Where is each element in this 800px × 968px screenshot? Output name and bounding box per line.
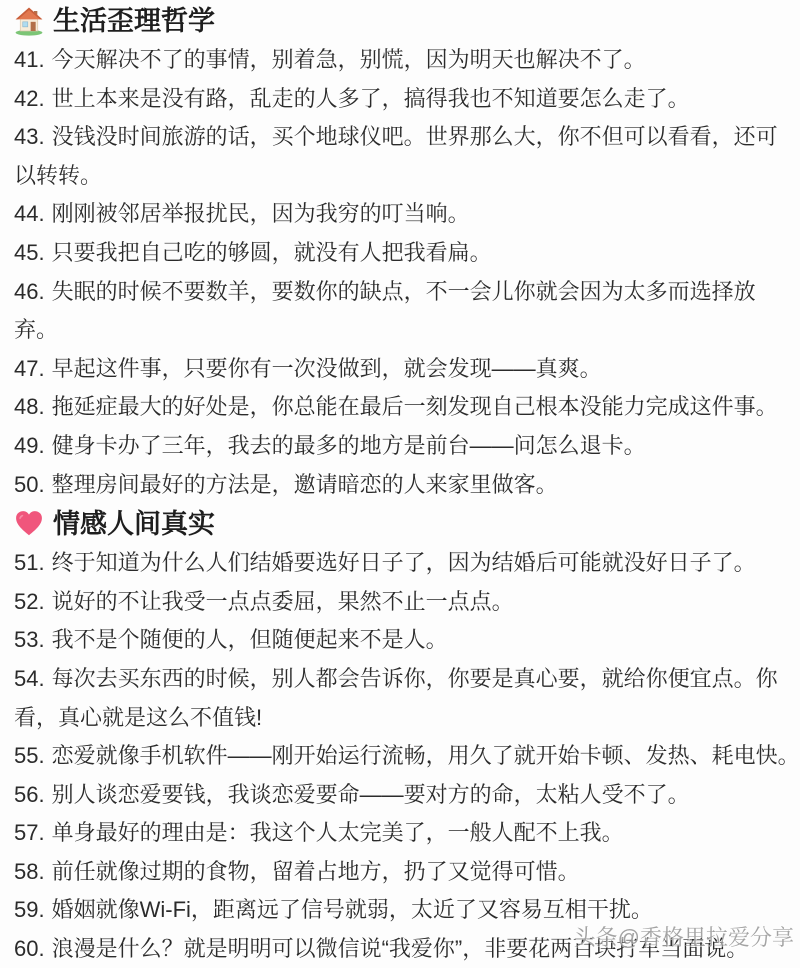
item-number: 44. (14, 201, 45, 226)
item-number: 47. (14, 356, 45, 381)
list-item: 56.别人谈恋爱要钱，我谈恋爱要命——要对方的命，太粘人受不了。 (14, 776, 794, 815)
item-number: 55. (14, 743, 45, 768)
item-number: 51. (14, 550, 45, 575)
item-text-line: 婚姻就像Wi-Fi，距离远了信号就弱，太近了又容易互相干扰。 (52, 897, 653, 922)
item-number: 52. (14, 589, 45, 614)
item-text-line: 刚刚被邻居举报扰民，因为我穷的叮当响。 (52, 201, 470, 226)
item-number: 59. (14, 897, 45, 922)
item-text-line: 说好的不让我受一点点委屈，果然不止一点点。 (52, 589, 514, 614)
quotes-list: 生活歪理哲学41.今天解决不了的事情，别着急，别慌，因为明天也解决不了。42.世… (14, 1, 794, 968)
list-item: 51.终于知道为什么人们结婚要选好日子了，因为结婚后可能就没好日子了。 (14, 544, 794, 583)
section-title: 生活歪理哲学 (53, 1, 215, 41)
item-text-line: 终于知道为什么人们结婚要选好日子了，因为结婚后可能就没好日子了。 (52, 550, 756, 575)
item-number: 42. (14, 86, 45, 111)
item-text-line: 拖延症最大的好处是，你总能在最后一刻发现自己根本没能力完成这件事。 (52, 394, 778, 419)
item-text-line: 健身卡办了三年，我去的最多的地方是前台——问怎么退卡。 (52, 433, 646, 458)
quotes-page: 生活歪理哲学41.今天解决不了的事情，别着急，别慌，因为明天也解决不了。42.世… (0, 0, 800, 968)
item-number: 57. (14, 820, 45, 845)
list-item: 50.整理房间最好的方法是，邀请暗恋的人来家里做客。 (14, 466, 794, 505)
item-text-line: 看，真心就是这么不值钱! (14, 699, 794, 738)
item-number: 60. (14, 936, 45, 961)
item-number: 49. (14, 433, 45, 458)
list-item: 52.说好的不让我受一点点委屈，果然不止一点点。 (14, 583, 794, 622)
section-header: 生活歪理哲学 (14, 1, 794, 41)
item-text-line: 以转转。 (14, 157, 794, 196)
item-text-line: 早起这件事，只要你有一次没做到，就会发现——真爽。 (52, 356, 602, 381)
list-item: 57.单身最好的理由是：我这个人太完美了，一般人配不上我。 (14, 814, 794, 853)
list-item: 44.刚刚被邻居举报扰民，因为我穷的叮当响。 (14, 195, 794, 234)
item-text-line: 恋爱就像手机软件——刚开始运行流畅，用久了就开始卡顿、发热、耗电快。 (52, 743, 800, 768)
item-number: 56. (14, 782, 45, 807)
pink-heart-icon (14, 509, 44, 539)
list-item: 55.恋爱就像手机软件——刚开始运行流畅，用久了就开始卡顿、发热、耗电快。 (14, 737, 794, 776)
item-number: 41. (14, 47, 45, 72)
list-item: 45.只要我把自己吃的够圆，就没有人把我看扁。 (14, 234, 794, 273)
item-text-line: 失眠的时候不要数羊，要数你的缺点，不一会儿你就会因为太多而选择放 (52, 279, 756, 304)
list-item: 47.早起这件事，只要你有一次没做到，就会发现——真爽。 (14, 350, 794, 389)
item-number: 46. (14, 279, 45, 304)
item-text-line: 没钱没时间旅游的话，买个地球仪吧。世界那么大，你不但可以看看，还可 (52, 124, 778, 149)
list-item: 54.每次去买东西的时候，别人都会告诉你，你要是真心要，就给你便宜点。你看，真心… (14, 660, 794, 737)
item-number: 54. (14, 666, 45, 691)
list-item: 46.失眠的时候不要数羊，要数你的缺点，不一会儿你就会因为太多而选择放弃。 (14, 273, 794, 350)
house-with-garden-icon (14, 6, 44, 36)
item-text-line: 单身最好的理由是：我这个人太完美了，一般人配不上我。 (52, 820, 624, 845)
section: 情感人间真实51.终于知道为什么人们结婚要选好日子了，因为结婚后可能就没好日子了… (14, 504, 794, 968)
item-number: 45. (14, 240, 45, 265)
item-number: 48. (14, 394, 45, 419)
item-text-line: 前任就像过期的食物，留着占地方，扔了又觉得可惜。 (52, 859, 580, 884)
item-text-line: 弃。 (14, 311, 794, 350)
item-text-line: 整理房间最好的方法是，邀请暗恋的人来家里做客。 (52, 472, 558, 497)
section-title: 情感人间真实 (53, 504, 215, 544)
item-text-line: 今天解决不了的事情，别着急，别慌，因为明天也解决不了。 (52, 47, 646, 72)
item-number: 43. (14, 124, 45, 149)
item-number: 53. (14, 627, 45, 652)
list-item: 49.健身卡办了三年，我去的最多的地方是前台——问怎么退卡。 (14, 427, 794, 466)
item-number: 50. (14, 472, 45, 497)
section-header: 情感人间真实 (14, 504, 794, 544)
item-text-line: 每次去买东西的时候，别人都会告诉你，你要是真心要，就给你便宜点。你 (52, 666, 778, 691)
list-item: 48.拖延症最大的好处是，你总能在最后一刻发现自己根本没能力完成这件事。 (14, 388, 794, 427)
list-item: 58.前任就像过期的食物，留着占地方，扔了又觉得可惜。 (14, 853, 794, 892)
section: 生活歪理哲学41.今天解决不了的事情，别着急，别慌，因为明天也解决不了。42.世… (14, 1, 794, 504)
list-item: 43.没钱没时间旅游的话，买个地球仪吧。世界那么大，你不但可以看看，还可以转转。 (14, 118, 794, 195)
item-text-line: 世上本来是没有路，乱走的人多了，搞得我也不知道要怎么走了。 (52, 86, 690, 111)
item-text-line: 别人谈恋爱要钱，我谈恋爱要命——要对方的命，太粘人受不了。 (52, 782, 690, 807)
item-text-line: 只要我把自己吃的够圆，就没有人把我看扁。 (52, 240, 492, 265)
list-item: 42.世上本来是没有路，乱走的人多了，搞得我也不知道要怎么走了。 (14, 80, 794, 119)
list-item: 41.今天解决不了的事情，别着急，别慌，因为明天也解决不了。 (14, 41, 794, 80)
item-text-line: 我不是个随便的人，但随便起来不是人。 (52, 627, 448, 652)
item-number: 58. (14, 859, 45, 884)
list-item: 53.我不是个随便的人，但随便起来不是人。 (14, 621, 794, 660)
watermark: 头条@香格里拉爱分享 (574, 921, 794, 952)
